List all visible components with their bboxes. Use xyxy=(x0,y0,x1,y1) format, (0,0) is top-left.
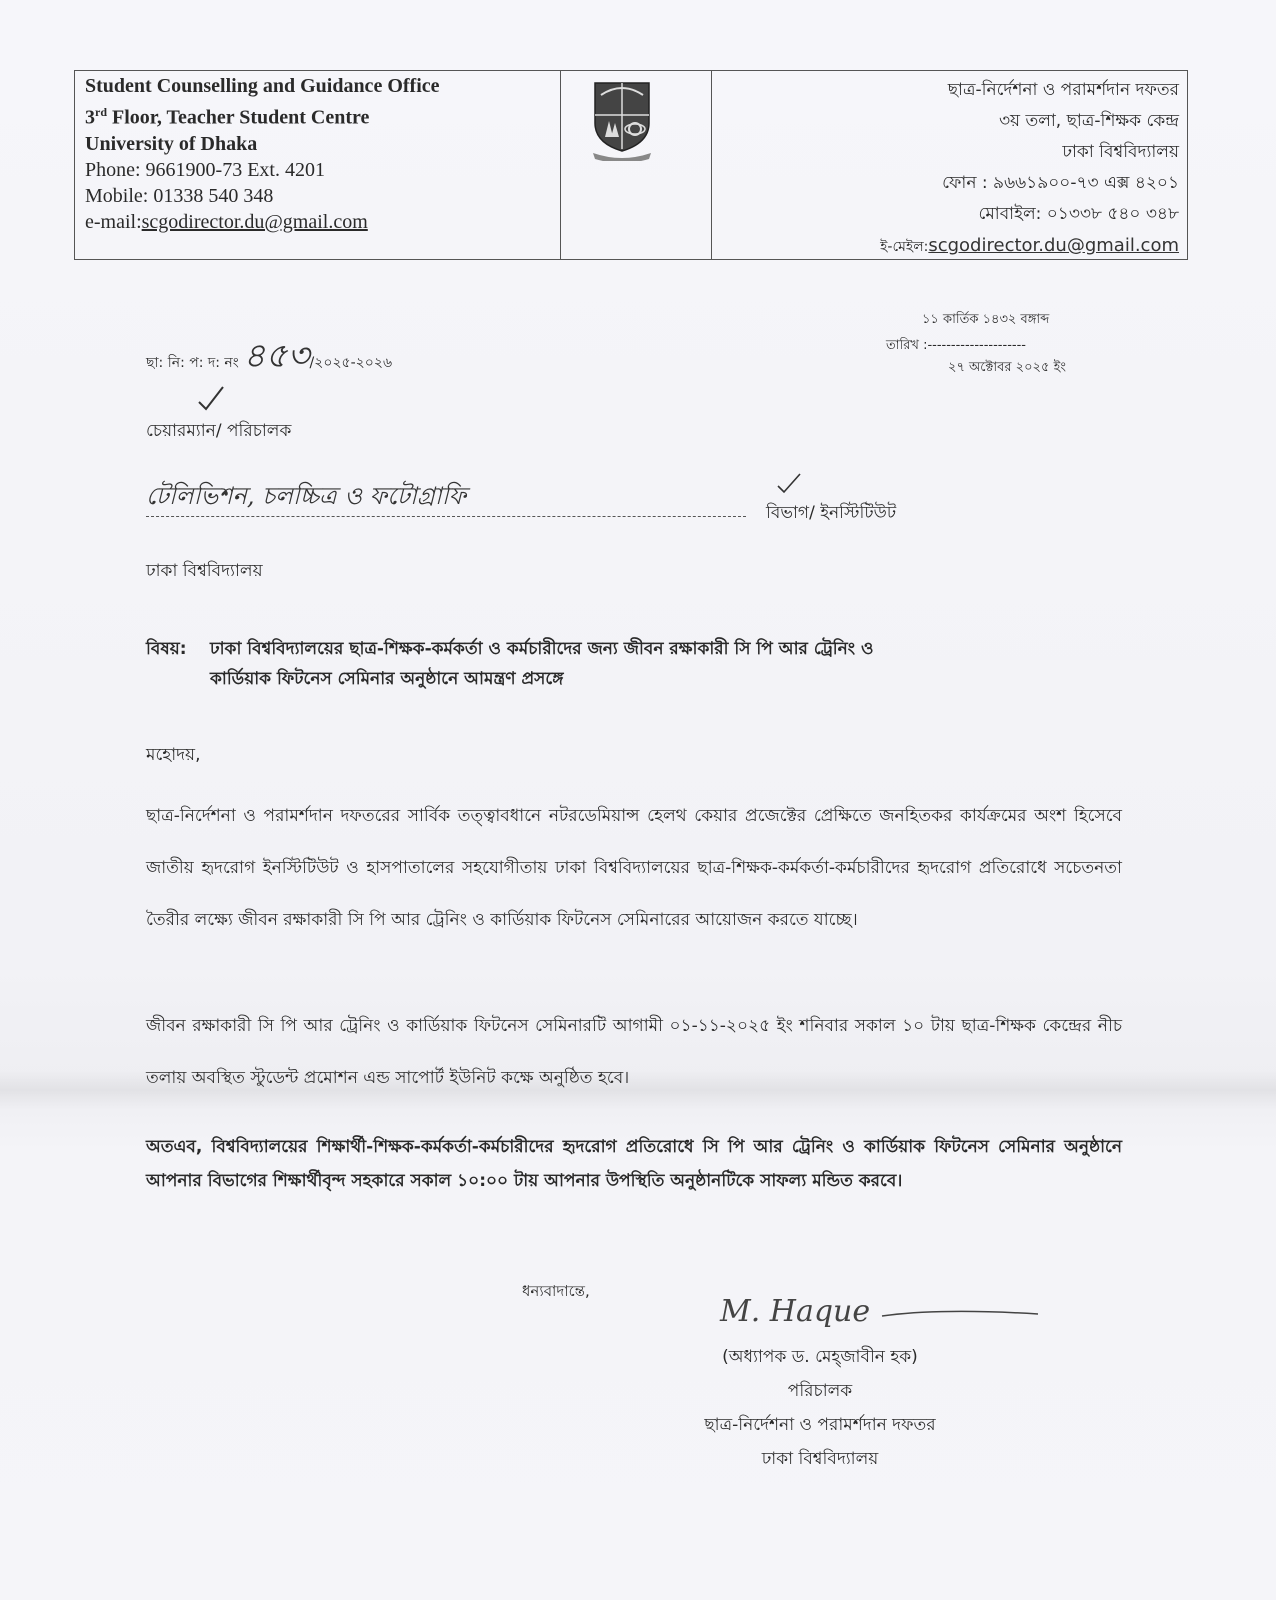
handwritten-signature: M. Haque xyxy=(720,1294,870,1329)
mobile: Mobile: 01338 540 348 xyxy=(85,183,550,209)
letterhead: Student Counselling and Guidance Office … xyxy=(74,70,1188,260)
handwritten-reference: ৪৫৩ xyxy=(243,336,309,376)
signatory-office: ছাত্র-নির্দেশনা ও পরামর্শদান দফতর xyxy=(660,1408,980,1442)
phone: Phone: 9661900-73 Ext. 4201 xyxy=(85,157,550,183)
subject-line-1: ঢাকা বিশ্ববিদ্যালয়ের ছাত্র-শিক্ষক-কর্মক… xyxy=(210,636,874,664)
office-name: Student Counselling and Guidance Office xyxy=(85,73,550,99)
university-crest-icon xyxy=(591,79,653,161)
signature-stroke xyxy=(880,1300,1040,1330)
mobile-bn: মোবাইল: ০১৩৩৮ ৫৪০ ৩৪৮ xyxy=(712,199,1179,230)
paragraph-1: ছাত্র-নির্দেশনা ও পরামর্শদান দফতরের সার্… xyxy=(146,790,1122,946)
handwritten-department: টেলিভিশন, চলচ্চিত্র ও ফটোগ্রাফি xyxy=(146,482,466,510)
floor-number: 3 xyxy=(85,107,95,129)
university-name: University of Dhaka xyxy=(85,131,550,157)
office-floor: 3rd Floor, Teacher Student Centre xyxy=(85,99,550,131)
recipient-title: চেয়ারম্যান/ পরিচালক xyxy=(146,418,291,446)
reference-label: ছা: নি: প: দ: নং xyxy=(146,355,239,371)
department-suffix: বিভাগ/ ইনস্টিটিউট xyxy=(766,500,896,528)
office-name-bn: ছাত্র-নির্দেশনা ও পরামর্শদান দফতর xyxy=(712,75,1179,106)
reference-number: ছা: নি: প: দ: নং ৪৫৩/২০২৫-২০২৬ xyxy=(146,330,392,387)
email-line: e-mail:scgodirector.du@gmail.com xyxy=(85,209,550,235)
date-label: তারিখ :--------------------- xyxy=(886,336,1026,357)
salutation: মহোদয়, xyxy=(146,742,200,770)
email-line-bn: ই-মেইল:scgodirector.du@gmail.com xyxy=(712,230,1179,263)
email-label-bn: ই-মেইল: xyxy=(880,239,928,255)
floor-text: Floor, Teacher Student Centre xyxy=(107,107,369,129)
email-link[interactable]: scgodirector.du@gmail.com xyxy=(142,211,368,233)
signatory-designation: পরিচালক xyxy=(660,1374,980,1408)
office-floor-bn: ৩য় তলা, ছাত্র-শিক্ষক কেন্দ্র xyxy=(712,106,1179,137)
english-date: ২৭ অক্টোবর ২০২৫ ইং xyxy=(948,358,1066,379)
email-label: e-mail: xyxy=(85,211,142,233)
letterhead-english: Student Counselling and Guidance Office … xyxy=(75,71,561,259)
signature-block: (অধ্যাপক ড. মেহ্জাবীন হক) পরিচালক ছাত্র-… xyxy=(660,1340,980,1476)
recipient-university: ঢাকা বিশ্ববিদ্যালয় xyxy=(146,558,263,586)
email-link-bn[interactable]: scgodirector.du@gmail.com xyxy=(928,235,1179,256)
paragraph-2: জীবন রক্ষাকারী সি পি আর ট্রেনিং ও কার্ডি… xyxy=(146,1000,1122,1104)
subject-line-2: কার্ডিয়াক ফিটনেস সেমিনার অনুষ্ঠানে আমন্… xyxy=(210,666,563,694)
closing: ধন্যবাদান্তে, xyxy=(522,1280,590,1305)
letter-page: Student Counselling and Guidance Office … xyxy=(0,0,1276,1600)
phone-bn: ফোন : ৯৬৬১৯০০-৭৩ এক্স ৪২০১ xyxy=(712,168,1179,199)
bangla-date: ১১ কার্তিক ১৪৩২ বঙ্গাব্দ xyxy=(922,310,1049,331)
signatory-university: ঢাকা বিশ্ববিদ্যালয় xyxy=(660,1442,980,1476)
reference-year: /২০২৫-২০২৬ xyxy=(310,355,393,371)
checkmark-icon xyxy=(196,384,226,412)
department-fill-line: টেলিভিশন, চলচ্চিত্র ও ফটোগ্রাফি xyxy=(146,478,746,517)
paragraph-3: অতএব, বিশ্ববিদ্যালয়ের শিক্ষার্থী-শিক্ষক… xyxy=(146,1130,1122,1198)
subject-label: বিষয়: xyxy=(146,636,187,664)
floor-suffix: rd xyxy=(95,105,107,119)
logo-cell xyxy=(561,71,712,259)
letterhead-bangla: ছাত্র-নির্দেশনা ও পরামর্শদান দফতর ৩য় তল… xyxy=(712,71,1187,259)
signatory-name: (অধ্যাপক ড. মেহ্জাবীন হক) xyxy=(660,1340,980,1374)
university-name-bn: ঢাকা বিশ্ববিদ্যালয় xyxy=(712,137,1179,168)
checkmark-icon xyxy=(776,472,802,494)
